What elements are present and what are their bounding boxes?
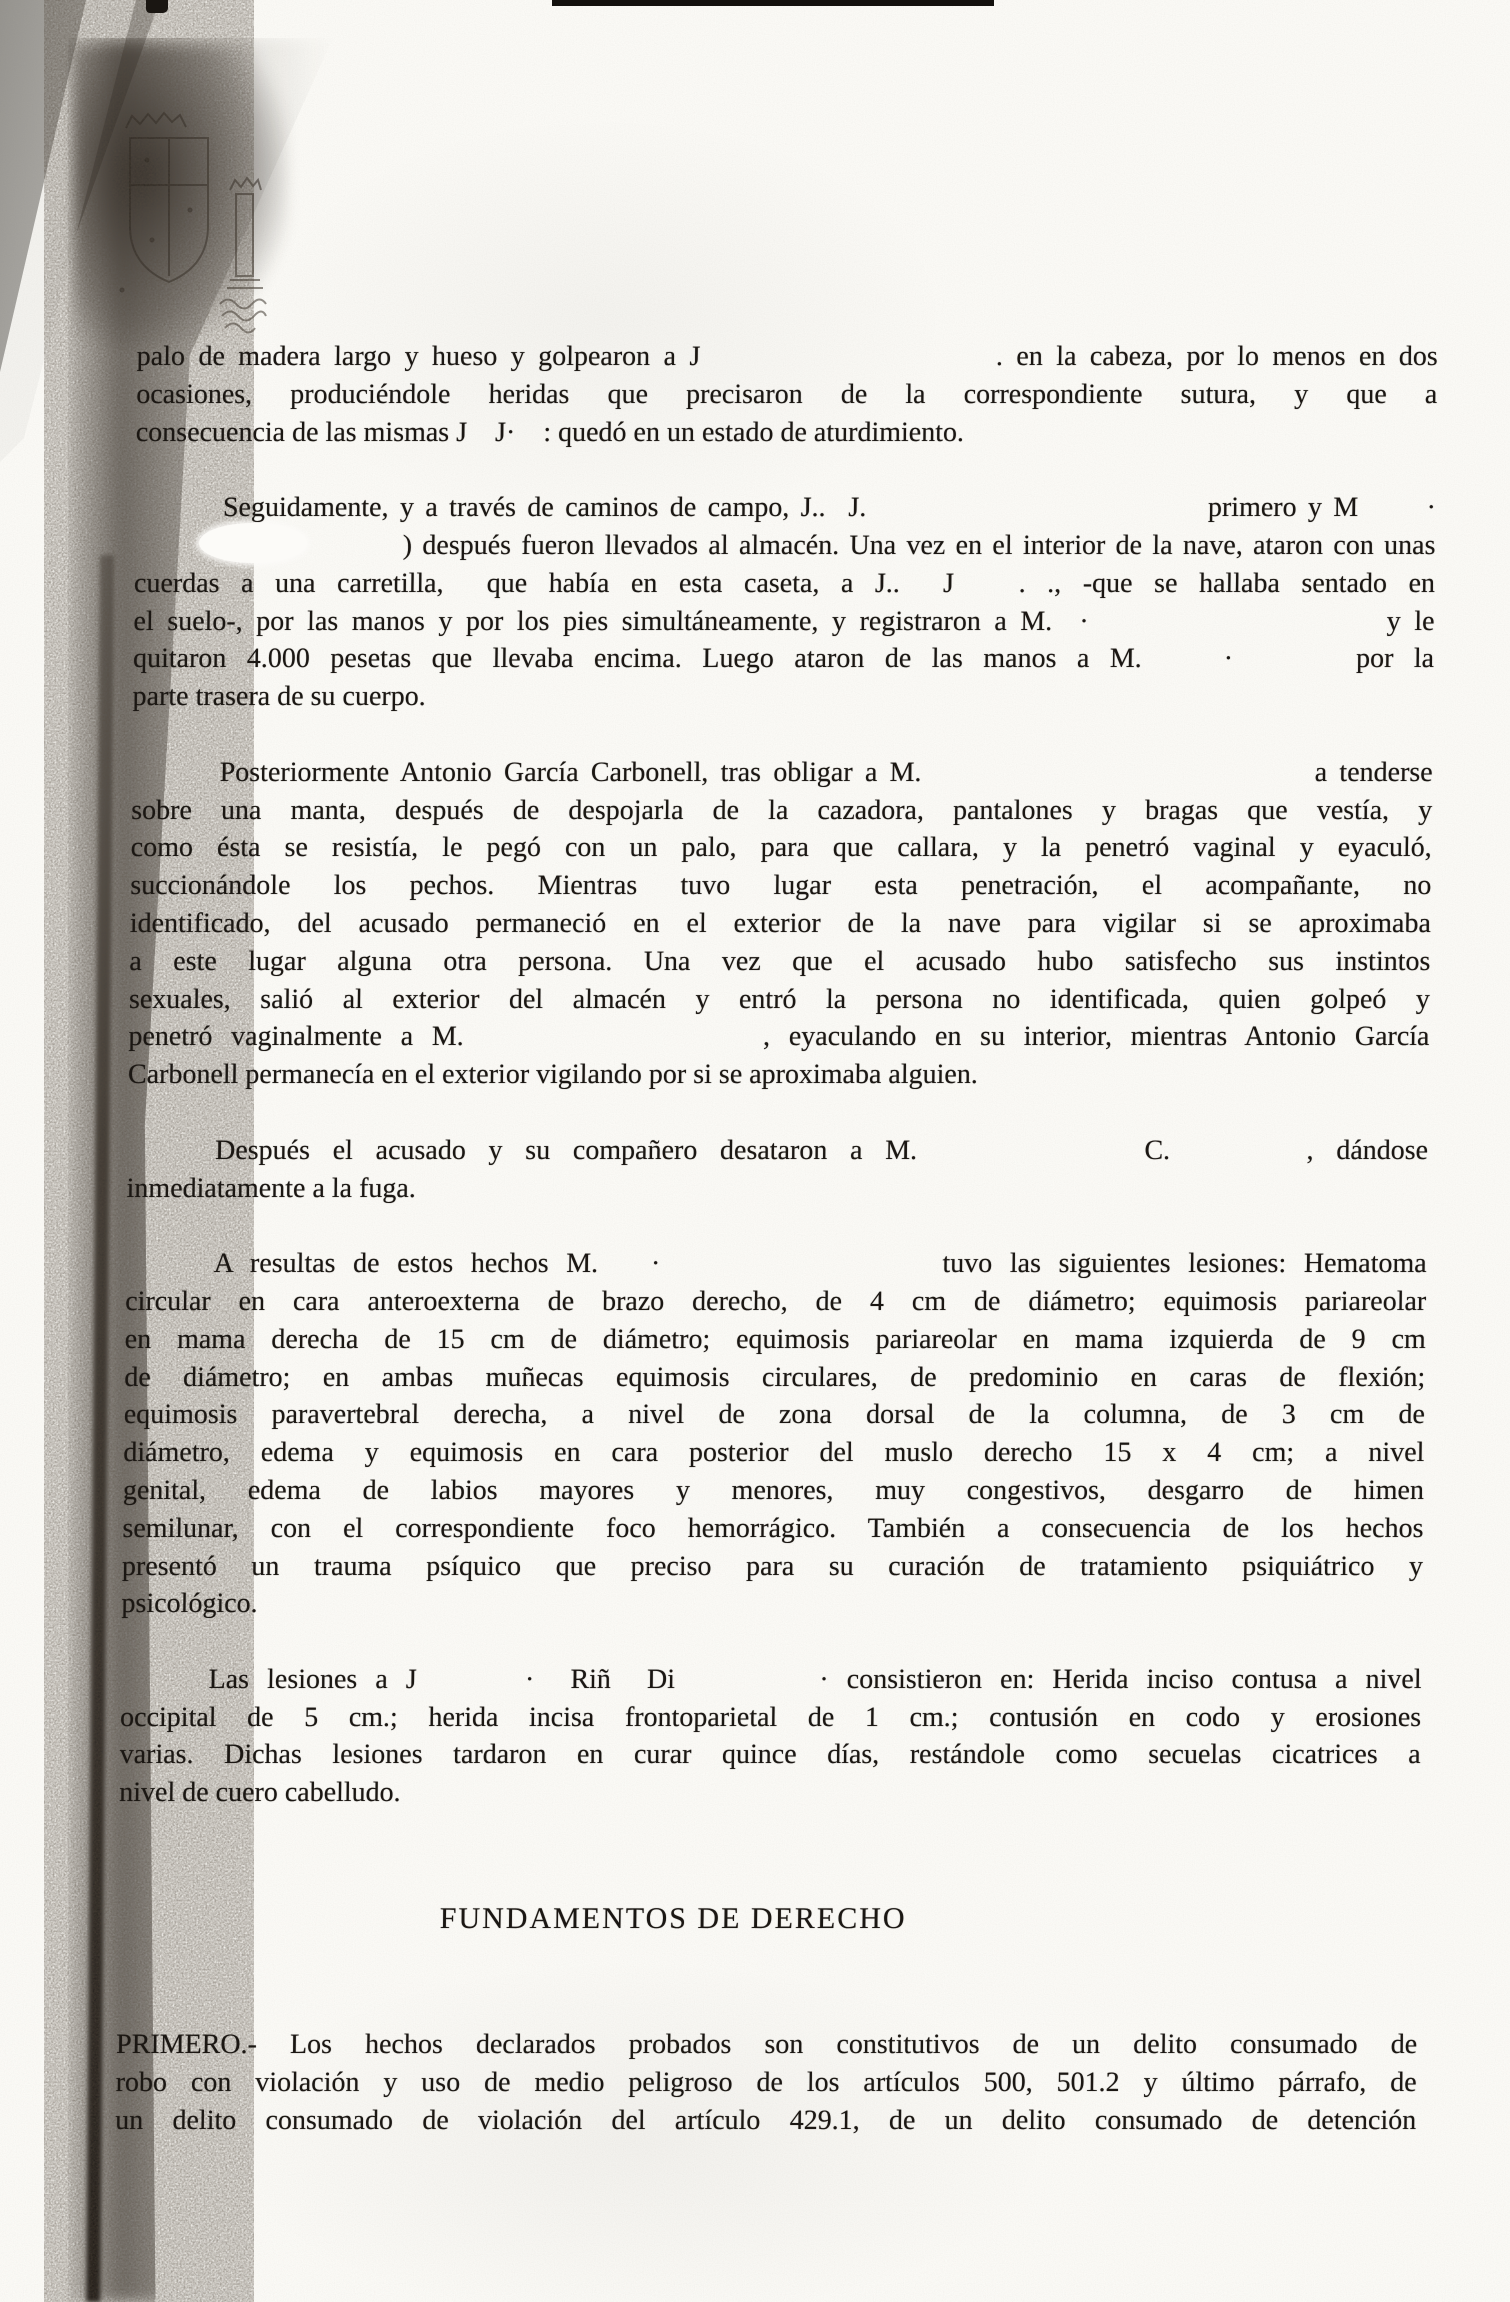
scanned-document-page: palo de madera largo y hueso y golpearon… bbox=[0, 0, 1510, 2302]
text-line: identificado, del acusado permaneció en … bbox=[130, 905, 1431, 943]
text-line: genital, edema de labios mayores y menor… bbox=[123, 1472, 1424, 1510]
text-line: diámetro, edema y equimosis en cara post… bbox=[123, 1434, 1424, 1472]
text-line: cuerdas a una carretilla, que había en e… bbox=[134, 565, 1435, 603]
text-line: inmediatamente a la fuga. bbox=[126, 1170, 1427, 1208]
text-line: penetró vaginalmente a M. , eyaculando e… bbox=[128, 1018, 1429, 1056]
text-line: Posteriormente Antonio García Carbonell,… bbox=[131, 754, 1432, 792]
scanner-top-edge-mark bbox=[146, 0, 168, 13]
text-line: ) después fueron llevados al almacén. Un… bbox=[134, 527, 1435, 565]
text-line: Después el acusado y su compañero desata… bbox=[127, 1132, 1428, 1170]
text-line: a este lugar alguna otra persona. Una ve… bbox=[129, 943, 1430, 981]
text-line: robo con violación y uso de medio peligr… bbox=[115, 2064, 1416, 2102]
text-line: succionándole los pechos. Mientras tuvo … bbox=[130, 867, 1431, 905]
paragraph-facts-2: Seguidamente, y a través de caminos de c… bbox=[132, 489, 1436, 716]
scanner-top-edge-strip bbox=[552, 0, 994, 6]
text-line: nivel de cuero cabelludo. bbox=[119, 1774, 1420, 1812]
paragraph-lesions-j: Las lesiones a J · Riñ Di · consistieron… bbox=[119, 1661, 1422, 1812]
paragraph-lesions-m: A resultas de estos hechos M. · tuvo las… bbox=[121, 1245, 1427, 1623]
paragraph-facts-1: palo de madera largo y hueso y golpearon… bbox=[136, 338, 1438, 451]
text-line: quitaron 4.000 pesetas que llevaba encim… bbox=[133, 640, 1434, 678]
text-line: palo de madera largo y hueso y golpearon… bbox=[137, 338, 1438, 376]
paragraph-facts-4: Después el acusado y su compañero desata… bbox=[126, 1132, 1428, 1208]
text-line: Carbonell permanecía en el exterior vigi… bbox=[128, 1056, 1429, 1094]
text-line: Las lesiones a J · Riñ Di · consistieron… bbox=[120, 1661, 1421, 1699]
paragraph-facts-3: Posteriormente Antonio García Carbonell,… bbox=[128, 754, 1433, 1094]
text-line: el suelo-, por las manos y por los pies … bbox=[133, 603, 1434, 641]
text-line: consecuencia de las mismas J J· : quedó … bbox=[136, 414, 1437, 452]
text-line: en mama derecha de 15 cm de diámetro; eq… bbox=[125, 1321, 1426, 1359]
text-line: presentó un trauma psíquico que preciso … bbox=[122, 1548, 1423, 1586]
text-line: un delito consumado de violación del art… bbox=[115, 2102, 1416, 2140]
text-line: ocasiones, produciéndole heridas que pre… bbox=[136, 376, 1437, 414]
text-line: parte trasera de su cuerpo. bbox=[132, 678, 1433, 716]
text-line: equimosis paravertebral derecha, a nivel… bbox=[124, 1396, 1425, 1434]
text-line: A resultas de estos hechos M. · tuvo las… bbox=[125, 1245, 1426, 1283]
text-line: como ésta se resistía, le pegó con un pa… bbox=[131, 829, 1432, 867]
text-line: Seguidamente, y a través de caminos de c… bbox=[135, 489, 1436, 527]
text-line: semilunar, con el correspondiente foco h… bbox=[122, 1510, 1423, 1548]
text-line: sexuales, salió al exterior del almacén … bbox=[129, 981, 1430, 1019]
text-line: circular en cara anteroexterna de brazo … bbox=[125, 1283, 1426, 1321]
section-heading: FUNDAMENTOS DE DERECHO bbox=[22, 1897, 1324, 1941]
text-line: occipital de 5 cm.; herida incisa fronto… bbox=[120, 1699, 1421, 1737]
text-line: varias. Dichas lesiones tardaron en cura… bbox=[119, 1736, 1420, 1774]
paragraph-primero: PRIMERO.- Los hechos declarados probados… bbox=[115, 2026, 1417, 2139]
document-text: palo de madera largo y hueso y golpearon… bbox=[0, 338, 1510, 2139]
text-line: PRIMERO.- Los hechos declarados probados… bbox=[116, 2026, 1417, 2064]
text-line: psicológico. bbox=[121, 1585, 1422, 1623]
text-line: sobre una manta, después de despojarla d… bbox=[131, 792, 1432, 830]
text-line: de diámetro; en ambas muñecas equimosis … bbox=[124, 1359, 1425, 1397]
